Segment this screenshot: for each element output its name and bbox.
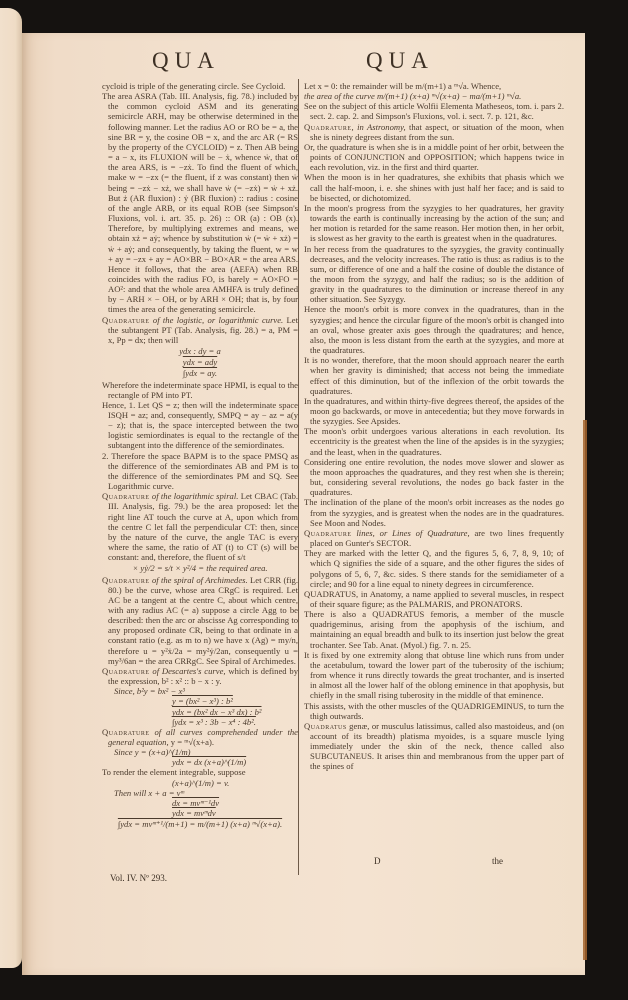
entry-descartes: Quadrature of Descartes's curve, which i… — [102, 666, 298, 686]
paragraph: See on the subject of this article Wolfi… — [304, 101, 564, 121]
right-column: Let x = 0: the remainder will be m/(m+1)… — [304, 81, 564, 772]
paragraph: Let x = 0: the remainder will be m/(m+1)… — [304, 81, 564, 91]
paragraph: When the moon is in her quadratures, she… — [304, 172, 564, 202]
entry-head: QUADRATUS — [304, 589, 356, 599]
left-column: cycloid is triple of the generating circ… — [102, 81, 298, 830]
paragraph: cycloid is triple of the generating circ… — [102, 81, 298, 91]
equation: × yẏ/2 = s/t × y²/4 = the required area. — [102, 563, 298, 573]
equation: ydx : dy = a — [102, 346, 298, 356]
volume-number: Vol. IV. Nº 293. — [110, 873, 167, 883]
paragraph: To render the element integrable, suppos… — [102, 767, 298, 777]
entry-quadrature-lines: Quadrature lines, or Lines of Quadrature… — [304, 528, 564, 548]
entry-title: lines, or Lines of Quadrature, — [356, 528, 469, 538]
paragraph: In the moon's progress from the syzygies… — [304, 203, 564, 244]
equation: ∫ydx = ay. — [102, 368, 298, 378]
facing-page-edge — [0, 8, 22, 968]
paragraph: Hence the moon's orbit is more convex in… — [304, 304, 564, 355]
equation: ydx = (bx² dx − x³ dx) : b² — [102, 707, 298, 717]
paragraph: 2. Therefore the space BAPM is to the sp… — [102, 451, 298, 492]
paragraph: Hence, 1. Let QS = z; then will the inde… — [102, 400, 298, 451]
running-head-left: QUA — [152, 48, 220, 74]
equation: Then will x + a = vᵐ — [102, 788, 298, 798]
paragraph: Considering one entire revolution, the n… — [304, 457, 564, 498]
catchword: the — [492, 856, 503, 866]
equation: the area of the curve m/(m+1) (x+a) ᵐ√(x… — [304, 91, 564, 101]
equation: ∫ydx = mvᵐ⁺¹/(m+1) = m/(m+1) (x+a) ᵐ√(x+… — [102, 819, 298, 829]
paragraph: The inclination of the plane of the moon… — [304, 497, 564, 527]
entry-logistic: Quadrature of the logistic, or logarithm… — [102, 315, 298, 345]
paragraph: Wherefore the indeterminate space HPMI, … — [102, 380, 298, 400]
entry-text: genæ, or musculus latissimus, called als… — [310, 721, 564, 772]
paragraph: It is no wonder, therefore, that the moo… — [304, 355, 564, 396]
entry-astronomy: Quadrature, in Astronomy, that aspect, o… — [304, 122, 564, 142]
entry-head: Quadrature — [304, 528, 352, 538]
entry-title: of the logistic, or logarithmic curve. — [153, 315, 283, 325]
entry-title: , in Astronomy, — [352, 122, 406, 132]
column-rule — [298, 79, 299, 875]
equation: y = (bx² − x³) : b² — [102, 696, 298, 706]
equation: ∫ydx = x³ : 3b − x⁴ : 4b². — [102, 717, 298, 727]
paragraph: The moon's orbit undergoes various alter… — [304, 426, 564, 456]
signature-mark: D — [374, 856, 381, 866]
entry-title: of the spiral of Archimedes. — [152, 575, 248, 585]
entry-head: Quadrature — [102, 575, 150, 585]
entry-all-curves: Quadrature of all curves comprehended un… — [102, 727, 298, 747]
entry-head: Quadrature — [304, 122, 352, 132]
paragraph: There is also a QUADRATUS femoris, a mem… — [304, 609, 564, 650]
entry-head: Quadrature — [102, 315, 150, 325]
paragraph: Or, the quadrature is when she is in a m… — [304, 142, 564, 172]
paragraph: This assists, with the other muscles of … — [304, 701, 564, 721]
worn-page-edge — [583, 420, 587, 960]
paragraph: They are marked with the letter Q, and t… — [304, 548, 564, 589]
paragraph: In her recess from the quadratures to th… — [304, 244, 564, 305]
equation: Since, b²y = bx² − x³ — [102, 686, 298, 696]
entry-quadratus-genae: Quadratus genæ, or musculus latissimus, … — [304, 721, 564, 772]
paragraph: The area ASRA (Tab. III. Analysis, fig. … — [102, 91, 298, 314]
equation: (x+a)^(1/m) = v. — [102, 778, 298, 788]
entry-head: Quadrature — [102, 666, 150, 676]
entry-log-spiral: Quadrature of the logarithmic spiral. Le… — [102, 491, 298, 562]
entry-title: of the logarithmic spiral. — [152, 491, 239, 501]
entry-head: Quadrature — [102, 491, 150, 501]
paragraph: In the quadratures, and within thirty-fi… — [304, 396, 564, 426]
equation: ydx = ady — [102, 357, 298, 367]
entry-head: Quadratus — [304, 721, 347, 731]
entry-quadratus: QUADRATUS, in Anatomy, a name applied to… — [304, 589, 564, 609]
entry-text: Let CBAC (Tab. III. Analysis, fig. 79.) … — [108, 491, 298, 562]
entry-head: Quadrature — [102, 727, 150, 737]
equation: Since y = (x+a)^(1/m) — [102, 747, 298, 757]
equation: dx = mvᵐ⁻¹dv — [102, 798, 298, 808]
entry-archimedes: Quadrature of the spiral of Archimedes. … — [102, 575, 298, 666]
entry-title: of Descartes's curve, — [152, 666, 225, 676]
running-head-right: QUA — [366, 48, 434, 74]
equation: ydx = dx (x+a)^(1/m) — [102, 757, 298, 767]
entry-text: Let CRR (fig. 80.) be the curve, whose a… — [108, 575, 298, 666]
entry-text: y = ᵐ√(x+a). — [171, 737, 214, 747]
paragraph: It is fixed by one extremity along that … — [304, 650, 564, 701]
equation: ydx = mvᵐdv — [102, 808, 298, 818]
